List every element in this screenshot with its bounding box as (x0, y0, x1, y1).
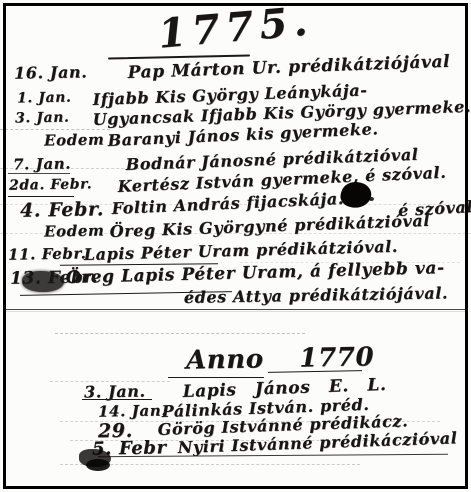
scan-streak (55, 333, 305, 335)
register-row-continuation: édes Attya prédikátziójával. (0, 288, 471, 310)
entry-date: 11. Febr. (8, 244, 87, 263)
register-scan-page: 1775. 16. Jan. Pap Márton Ur. prédikátzi… (0, 0, 471, 492)
ink-smudge (86, 459, 110, 471)
entry-date: 14. Jan. (98, 401, 167, 420)
entry-date: 7. Jan. (13, 154, 71, 173)
entry-date: Eodem (44, 130, 105, 149)
register-row: 5. Febr Nyiri Istvánné prédikáczióval (0, 438, 471, 460)
entry-date: 2da. Febr. (9, 176, 92, 193)
date-underline (8, 196, 74, 197)
entry-date: 3. Jan. (15, 110, 70, 127)
section-divider (4, 309, 467, 310)
date-underline (8, 173, 70, 174)
register-row: 16. Jan. Pap Márton Ur. prédikátziójával (0, 63, 471, 85)
entry-date: 4. Febr. (20, 198, 104, 221)
year-title-1775: 1775. (156, 0, 315, 58)
date-underline (82, 399, 152, 400)
entry-date: Eodem (44, 221, 105, 240)
ink-blot-dot (369, 197, 374, 201)
entry-date: 16. Jan. (14, 62, 88, 82)
entry-date: 1. Jan. (17, 90, 72, 107)
title-underline (168, 377, 264, 378)
entry-text: édes Attya prédikátziójával. (184, 283, 449, 307)
